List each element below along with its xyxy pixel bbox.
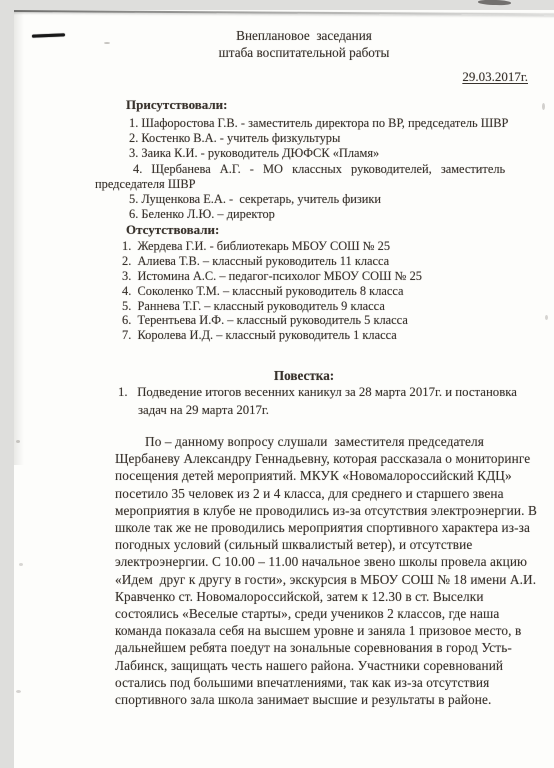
present-list-line: 1. Шафоростова Г.В. - заместитель директ… [129,116,554,131]
agenda-line: 1. Подведение итогов весенних каникул за… [118,384,554,402]
scan-speck [542,103,545,110]
agenda-heading: Повестка: [14,368,554,384]
present-list-line: 5. Лущенкова Е.А. - секретарь, учитель ф… [129,192,554,207]
scanned-document-screenshot: { "document": { "title_lines": ["Внеплан… [0,0,554,768]
document-page: Внеплановое заседания штаба воспитательн… [14,10,554,768]
body-line: спортивного зала школа занимает высшие и… [115,691,554,708]
body-line: «Идем друг к другу в гости», экскурсия в… [115,571,554,588]
present-list-line: 3. Заика К.И. - руководитель ДЮФСК «Плам… [129,146,554,161]
absent-heading: Отсутствовали: [126,222,554,237]
body-line: мероприятия в клубе не проводились из-за… [115,502,554,519]
agenda-list: 1. Подведение итогов весенних каникул за… [14,384,554,419]
agenda-line: задач на 29 марта 2017г. [138,402,554,420]
body-line: посещения детей мероприятий. МКУК «Новом… [115,467,554,484]
body-line: школе так же не проводились мероприятия … [115,519,554,536]
body-line: погодных условий (сильный шквалистый вет… [115,536,554,553]
present-list-line: 4. Щербанева А.Г. - МО классных руководи… [133,162,554,177]
title-line-2: штаба воспитательной работы [54,44,554,61]
body-line: остались под большими впечатлениями, так… [115,674,554,691]
body-line: команда показала себя на высшем уровне и… [115,622,554,639]
scan-speck [16,690,21,693]
scan-speck [545,315,548,320]
absent-list-line: 2. Алиева Т.В. – классный руководитель 1… [122,254,554,269]
absent-list-line: 6. Терентьева И.Ф. – классный руководите… [122,313,554,328]
body-line: электроэнергии. С 10.00 – 11.00 начально… [115,553,554,570]
title-line-1: Внеплановое заседания [54,27,554,44]
scan-corner-artifact [478,0,511,6]
absent-list: 1. Жердева Г.И. - библиотекарь МБОУ СОШ … [14,239,554,343]
scan-speck [19,563,23,566]
date-row: 29.03.2017г. [14,69,554,84]
present-heading: Присутствовали: [126,97,554,112]
body-line: посетило 35 человек из 2 и 4 класса, для… [115,485,554,502]
document-title: Внеплановое заседания штаба воспитательн… [14,10,554,61]
body-line: состоялись «Веселые старты», среди учени… [115,605,554,622]
body-line: По – данному вопросу слушали заместителя… [115,433,554,450]
present-list-line: 2. Костенко В.А. - учитель физкультуры [129,131,554,146]
present-list-line: 6. Беленко Л.Ю. – директор [129,207,554,222]
absent-list-line: 7. Королева И.Д. – классный руководитель… [122,328,554,343]
body-paragraph: По – данному вопросу слушали заместителя… [14,433,554,708]
scan-speck [104,42,110,44]
scan-speck [16,440,20,443]
body-line: Кравченко ст. Новомалороссийской, затем … [115,588,554,605]
present-list: 1. Шафоростова Г.В. - заместитель директ… [14,116,554,222]
absent-list-line: 5. Раннева Т.Г. – классный руководитель … [122,299,554,314]
body-line: дальнейшем ребята поедут на зональные со… [115,639,554,656]
absent-list-line: 3. Истомина А.С. – педагог-психолог МБОУ… [122,269,554,284]
absent-list-line: 4. Соколенко Т.М. – классный руководител… [122,284,554,299]
present-list-line: председателя ШВР [95,177,554,192]
body-line: Лабинск, защищать честь нашего района. У… [115,657,554,674]
absent-list-line: 1. Жердева Г.И. - библиотекарь МБОУ СОШ … [122,239,554,254]
body-line: Щербаневу Александру Геннадьевну, котора… [115,450,554,467]
document-date: 29.03.2017г. [462,69,528,84]
